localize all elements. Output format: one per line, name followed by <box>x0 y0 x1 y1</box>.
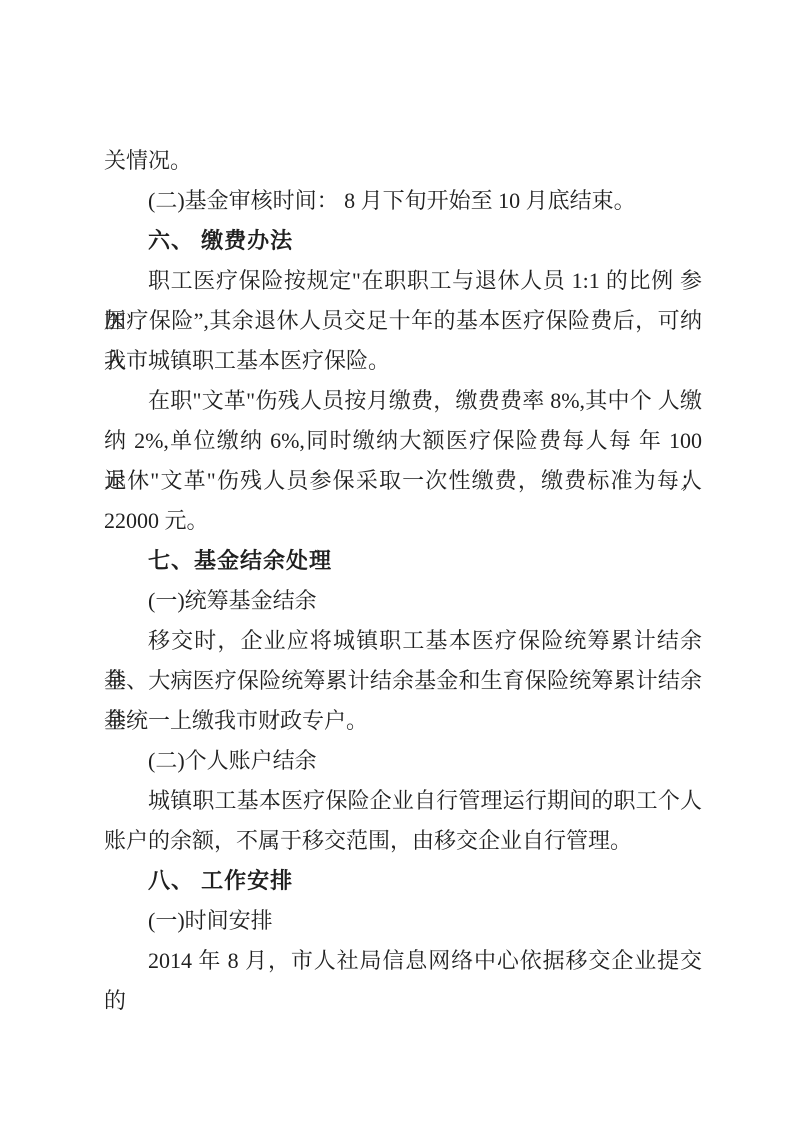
text-line: (二)个人账户结余 <box>104 741 702 781</box>
document-text-block: 关情况。(二)基金审核时间： 8 月下旬开始至 10 月底结束。六、 缴费办法职… <box>104 141 702 981</box>
text-line: 职工医疗保险按规定"在职职工与退休人员 1:1 的比例 参加 <box>104 261 702 301</box>
section-heading: 六、 缴费办法 <box>104 221 702 261</box>
text-line: 2014 年 8 月，市人社局信息网络中心依据移交企业提交 的 <box>104 941 702 981</box>
text-line: 账户的余额，不属于移交范围，由移交企业自行管理。 <box>104 821 702 861</box>
text-line: 移交时，企业应将城镇职工基本医疗保险统筹累计结余 基 <box>104 621 702 661</box>
text-line: 金统一上缴我市财政专户。 <box>104 701 702 741</box>
text-line: (二)基金审核时间： 8 月下旬开始至 10 月底结束。 <box>104 181 702 221</box>
text-line: 我市城镇职工基本医疗保险。 <box>104 341 702 381</box>
section-heading: 七、基金结余处理 <box>104 541 702 581</box>
text-line: 退休"文革"伤残人员参保采取一次性缴费，缴费标准为每人 <box>104 461 702 501</box>
document-page: 关情况。(二)基金审核时间： 8 月下旬开始至 10 月底结束。六、 缴费办法职… <box>0 0 794 1123</box>
section-heading: 八、 工作安排 <box>104 861 702 901</box>
text-line: 纳 2%,单位缴纳 6%,同时缴纳大额医疗保险费每人每 年 100 元； <box>104 421 702 461</box>
text-line: 在职"文革"伤残人员按月缴费，缴费费率 8%,其中个 人缴 <box>104 381 702 421</box>
text-line: 22000 元。 <box>104 501 702 541</box>
text-line: 金、大病医疗保险统筹累计结余基金和生育保险统筹累计结余基 <box>104 661 702 701</box>
text-line: 城镇职工基本医疗保险企业自行管理运行期间的职工个人 <box>104 781 702 821</box>
text-line: (一)统筹基金结余 <box>104 581 702 621</box>
text-line: (一)时间安排 <box>104 901 702 941</box>
text-line: 关情况。 <box>104 141 702 181</box>
text-line: 医疗保险”,其余退休人员交足十年的基本医疗保险费后，可纳入 <box>104 301 702 341</box>
